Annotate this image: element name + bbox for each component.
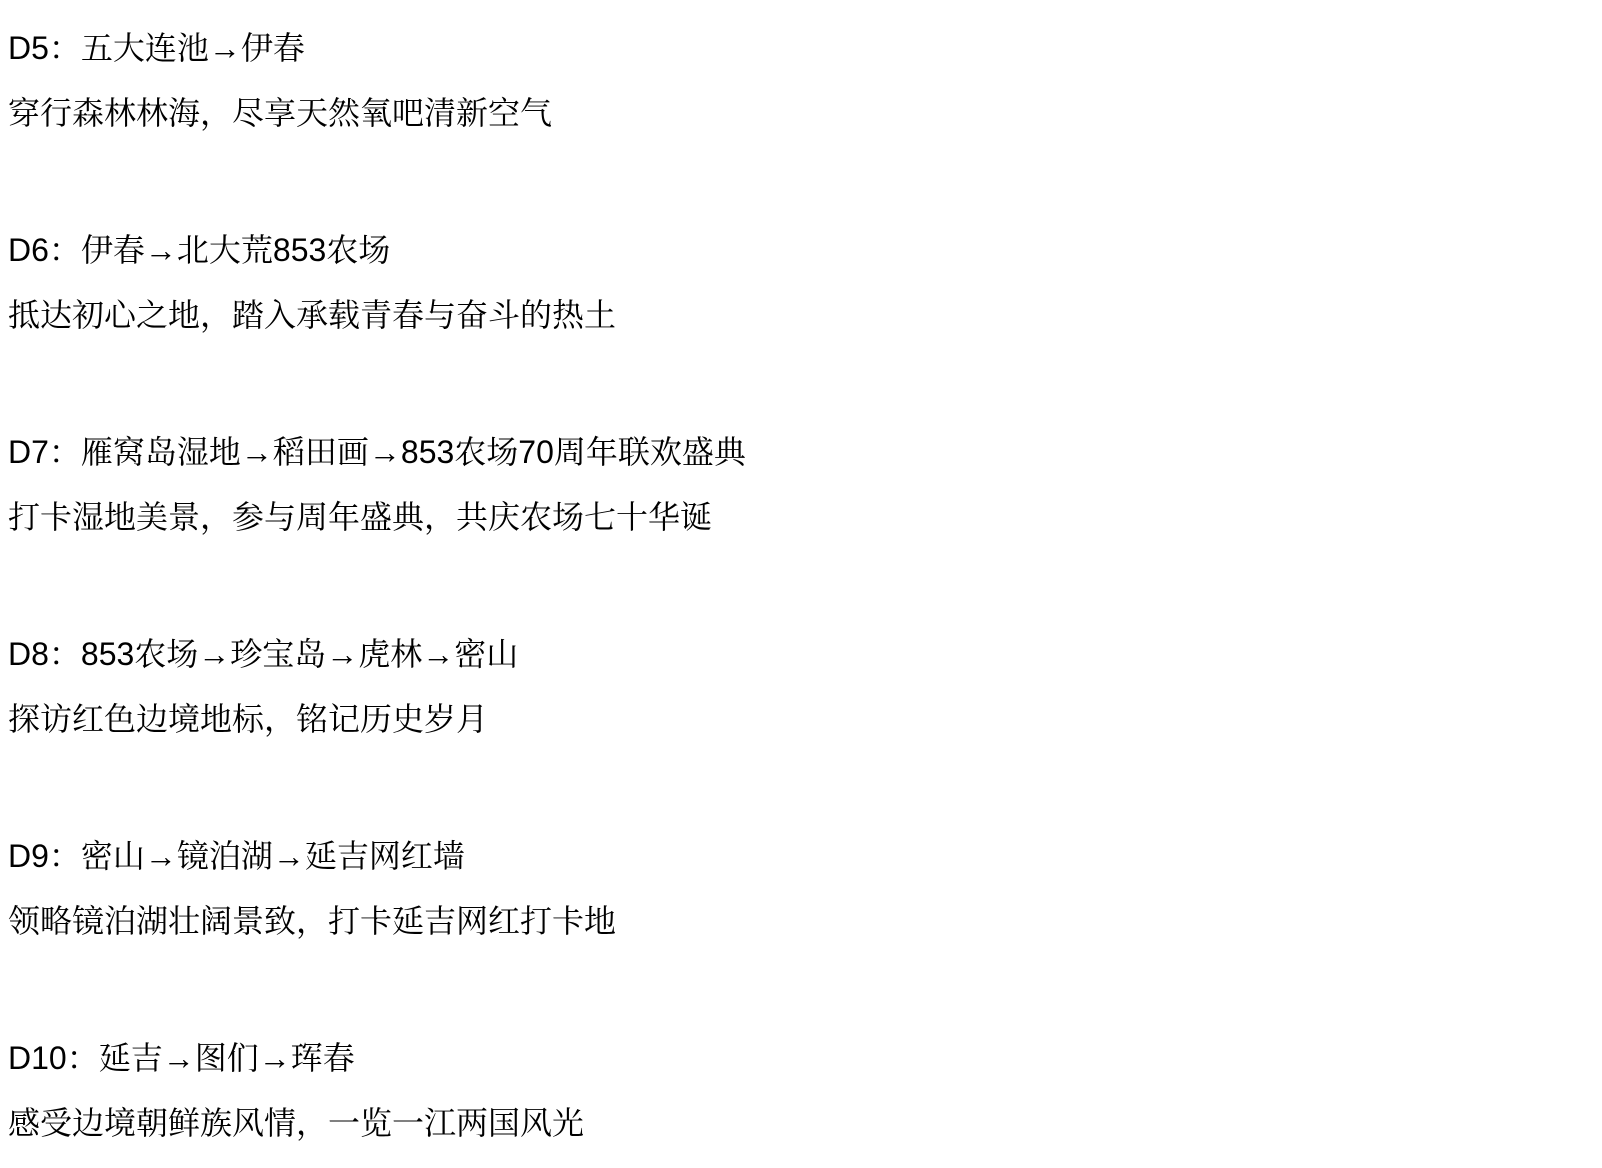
itinerary-page: D5：五大连池→伊春 穿行森林林海，尽享天然氧吧清新空气 D6：伊春→北大荒85… (0, 0, 1602, 1141)
day-section-5: D9：密山→镜泊湖→延吉网红墙 领略镜泊湖壮阔景致，打卡延吉网红打卡地 (8, 838, 1582, 939)
day-section-3: D7：雁窝岛湿地→稻田画→853农场70周年联欢盛典 打卡湿地美景，参与周年盛典… (8, 434, 1582, 535)
day-description-line: 感受边境朝鲜族风情，一览一江两国风光 (8, 1105, 1582, 1141)
day-description-line: 领略镜泊湖壮阔景致，打卡延吉网红打卡地 (8, 903, 1582, 939)
day-route-line: D6：伊春→北大荒853农场 (8, 232, 1582, 268)
day-description-line: 探访红色边境地标，铭记历史岁月 (8, 701, 1582, 737)
day-description-line: 穿行森林林海，尽享天然氧吧清新空气 (8, 95, 1582, 131)
itinerary-day-list: D5：五大连池→伊春 穿行森林林海，尽享天然氧吧清新空气 D6：伊春→北大荒85… (0, 0, 1602, 1141)
day-section-4: D8：853农场→珍宝岛→虎林→密山 探访红色边境地标，铭记历史岁月 (8, 636, 1582, 737)
day-route-line: D8：853农场→珍宝岛→虎林→密山 (8, 636, 1582, 672)
day-route-line: D7：雁窝岛湿地→稻田画→853农场70周年联欢盛典 (8, 434, 1582, 470)
day-route-line: D10：延吉→图们→珲春 (8, 1040, 1582, 1076)
day-section-6: D10：延吉→图们→珲春 感受边境朝鲜族风情，一览一江两国风光 (8, 1040, 1582, 1141)
day-section-1: D5：五大连池→伊春 穿行森林林海，尽享天然氧吧清新空气 (8, 30, 1582, 131)
day-description-line: 抵达初心之地，踏入承载青春与奋斗的热土 (8, 297, 1582, 333)
day-section-2: D6：伊春→北大荒853农场 抵达初心之地，踏入承载青春与奋斗的热土 (8, 232, 1582, 333)
day-description-line: 打卡湿地美景，参与周年盛典，共庆农场七十华诞 (8, 499, 1582, 535)
day-route-line: D5：五大连池→伊春 (8, 30, 1582, 66)
day-route-line: D9：密山→镜泊湖→延吉网红墙 (8, 838, 1582, 874)
